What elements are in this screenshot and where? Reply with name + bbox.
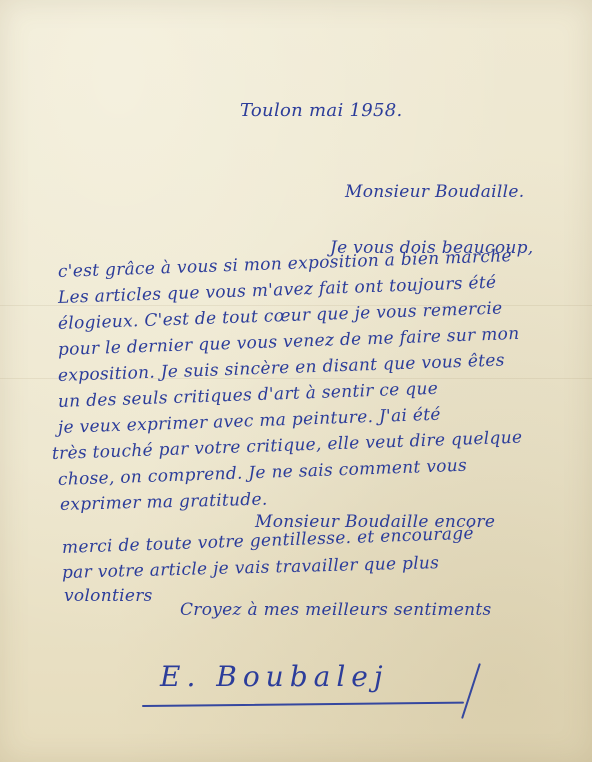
letter-page: Toulon mai 1958. Monsieur Boudaille. Je …	[0, 0, 592, 762]
salutation: Monsieur Boudaille.	[345, 182, 524, 202]
closing: Croyez à mes meilleurs sentiments	[180, 600, 492, 620]
signature-flourish	[461, 663, 481, 719]
signature: E. Boubalej	[160, 660, 389, 693]
body-line: exprimer ma gratitude.	[60, 490, 268, 515]
body-line: volontiers	[64, 586, 153, 606]
body-line: par votre article je vais travailler que…	[62, 553, 440, 583]
dateline: Toulon mai 1958.	[240, 100, 403, 121]
signature-underline	[142, 702, 464, 707]
